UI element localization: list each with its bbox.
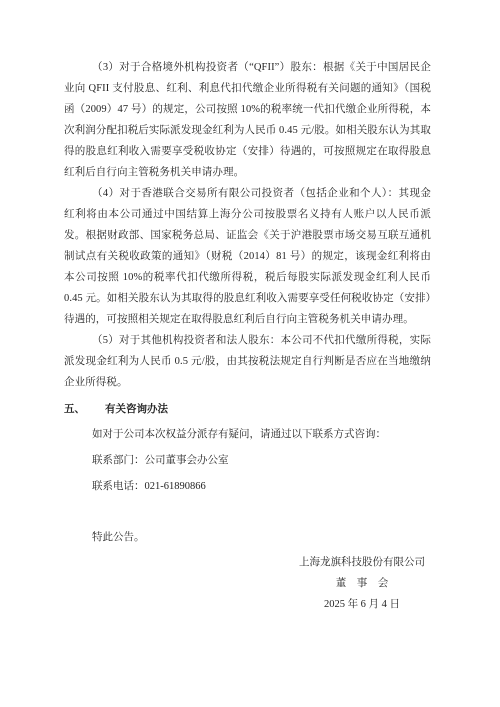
consultation-intro: 如对于公司本次权益分派存有疑问，请通过以下联系方式咨询： (64, 422, 431, 448)
section-number: 五、 (64, 397, 85, 422)
signature-board-of-directors: 董 事 会 (299, 573, 425, 594)
announcement-page: （3）对于合格境外机构投资者（“QFII”）股东：根据《关于中国居民企业向 QF… (0, 0, 500, 707)
document-content: （3）对于合格境外机构投资者（“QFII”）股东：根据《关于中国居民企业向 QF… (64, 57, 431, 615)
signature-date: 2025 年 6 月 4 日 (299, 594, 425, 615)
section-heading-consultation: 五、 有关咨询办法 (64, 397, 431, 422)
closing-statement: 特此公告。 (64, 527, 431, 548)
contact-phone: 联系电话：021-61890866 (64, 474, 431, 500)
paragraph-qfii-shareholders: （3）对于合格境外机构投资者（“QFII”）股东：根据《关于中国居民企业向 QF… (64, 57, 431, 183)
signature-block: 上海龙旗科技股份有限公司 董 事 会 2025 年 6 月 4 日 (299, 552, 425, 615)
paragraph-other-investors: （5）对于其他机构投资者和法人股东：本公司不代扣代缴所得税，实际派发现金红利为人… (64, 330, 431, 393)
paragraph-hkex-investors: （4）对于香港联合交易所有限公司投资者（包括企业和个人）：其现金红利将由本公司通… (64, 183, 431, 330)
signature-company-name: 上海龙旗科技股份有限公司 (299, 552, 425, 573)
section-title: 有关咨询办法 (105, 397, 168, 422)
contact-department: 联系部门：公司董事会办公室 (64, 448, 431, 474)
